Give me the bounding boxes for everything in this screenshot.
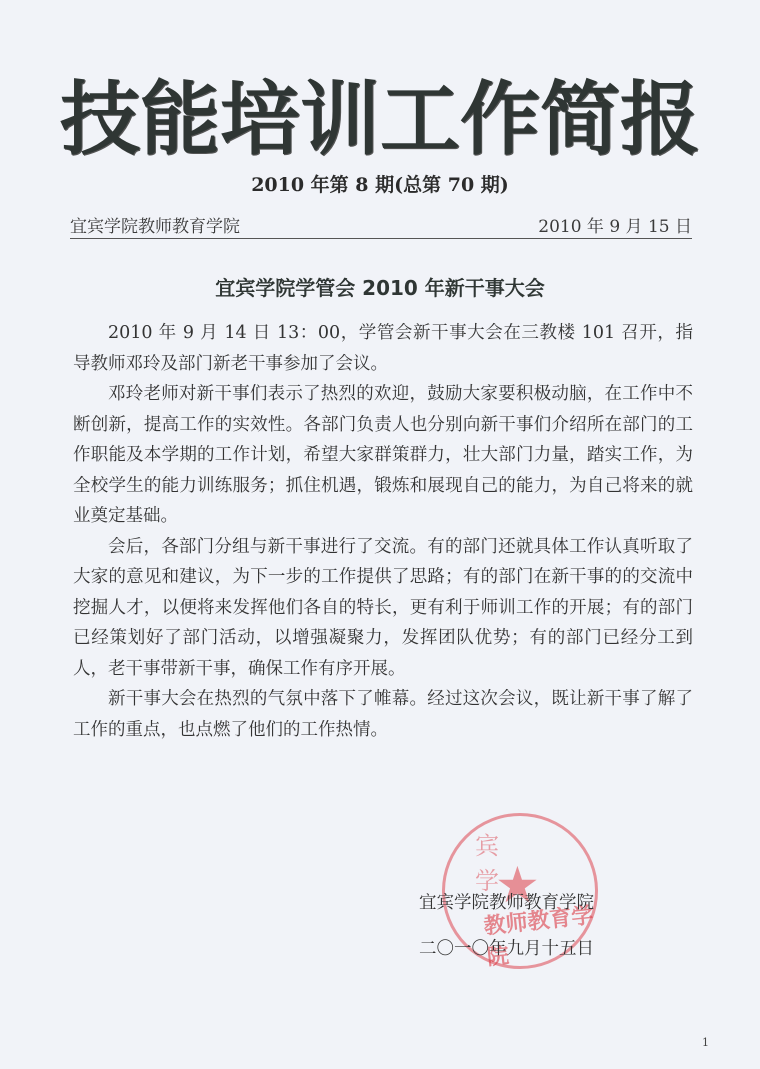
page-number: 1 — [702, 1036, 709, 1049]
article-title: 宜宾学院学管会 2010 年新干事大会 — [0, 272, 760, 301]
paragraph: 2010 年 9 月 14 日 13：00，学管会新干事大会在三教楼 101 召… — [73, 318, 693, 379]
dateline-org: 宜宾学院教师教育学院 — [70, 212, 240, 237]
dateline-date: 2010 年 9 月 15 日 — [538, 212, 692, 237]
paragraph: 会后，各部门分组与新干事进行了交流。有的部门还就具体工作认真听取了大家的意见和建… — [73, 532, 693, 685]
dateline: 宜宾学院教师教育学院 2010 年 9 月 15 日 — [70, 212, 692, 239]
issue-number: 2010 年第 8 期(总第 70 期) — [0, 170, 760, 197]
masthead-title: 技能培训工作简报 — [0, 70, 760, 170]
signature-date: 二〇一〇年九月十五日 — [419, 926, 594, 972]
signature-org: 宜宾学院教师教育学院 — [419, 880, 594, 926]
document-page: 技能培训工作简报 2010 年第 8 期(总第 70 期) 宜宾学院教师教育学院… — [0, 0, 760, 1069]
signature-block: 宜宾学院教师教育学院 二〇一〇年九月十五日 — [419, 880, 594, 972]
article-body: 2010 年 9 月 14 日 13：00，学管会新干事大会在三教楼 101 召… — [73, 318, 693, 745]
paragraph: 邓玲老师对新干事们表示了热烈的欢迎，鼓励大家要积极动脑，在工作中不断创新，提高工… — [73, 379, 693, 532]
paragraph: 新干事大会在热烈的气氛中落下了帷幕。经过这次会议，既让新干事了解了工作的重点，也… — [73, 684, 693, 745]
